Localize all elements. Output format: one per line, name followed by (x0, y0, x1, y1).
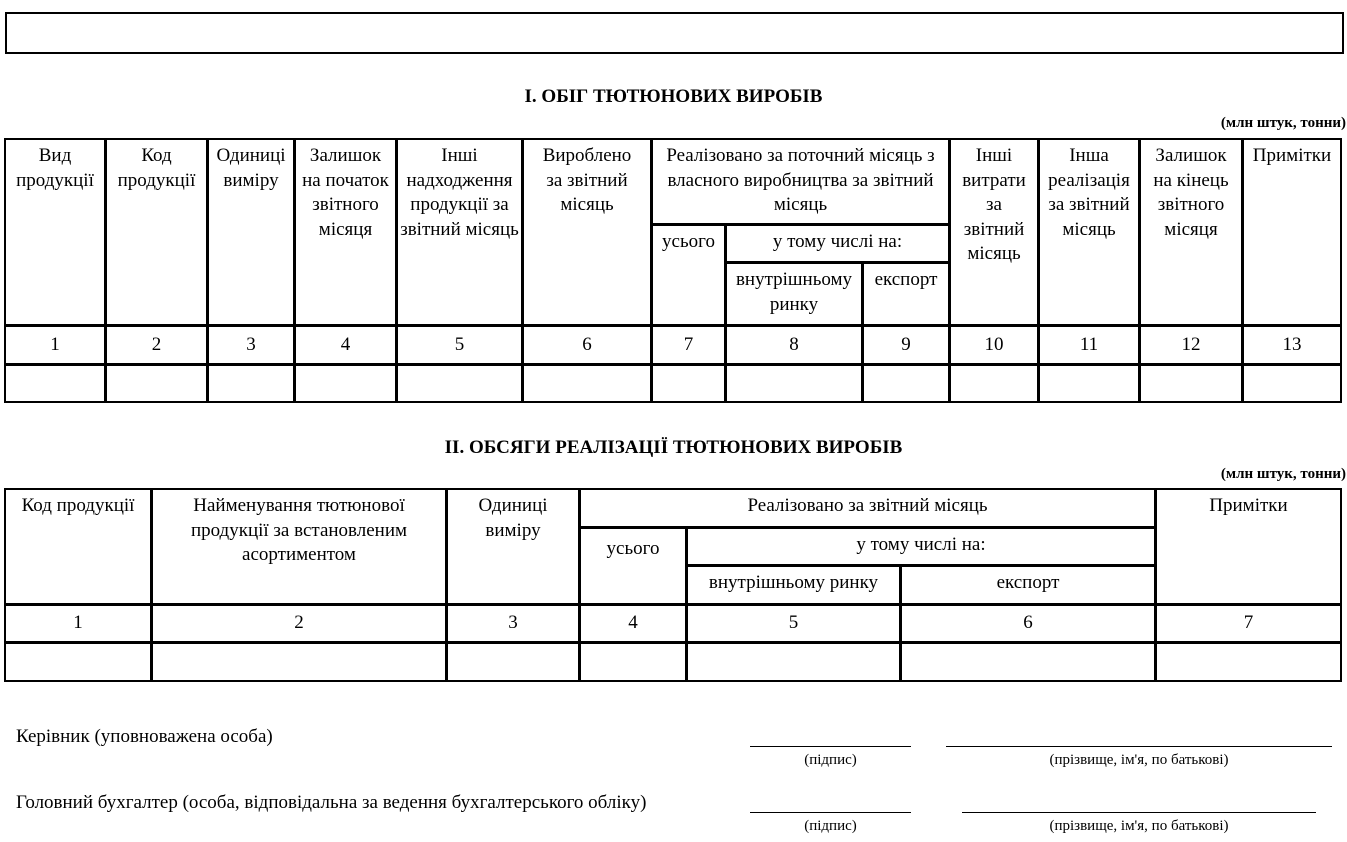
header-including: у тому числі на: (725, 224, 950, 263)
column-number-13: 13 (1242, 325, 1342, 365)
accountant-signature-field[interactable] (750, 812, 911, 813)
data-cell-5[interactable] (396, 364, 523, 403)
column-number-7: 7 (1155, 604, 1342, 643)
column-number-6: 6 (522, 325, 652, 365)
accountant-name-field[interactable] (962, 812, 1316, 813)
header-product-name: Найменування тютюнової продукції за вста… (151, 488, 447, 605)
header-sold-total: усього (579, 527, 687, 605)
header-opening-balance: Залишок на початок звітного місяця (294, 138, 397, 326)
header-sold-group: Реалізовано за звітний місяць (579, 488, 1156, 528)
data-cell-13[interactable] (1242, 364, 1342, 403)
header-product-code: Код продукції (4, 488, 152, 605)
header-export: експорт (862, 262, 950, 326)
data-cell-2[interactable] (151, 642, 447, 682)
header-produced: Вироблено за звітний місяць (522, 138, 652, 326)
header-sold-total: усього (651, 224, 726, 326)
data-cell-9[interactable] (862, 364, 950, 403)
data-cell-6[interactable] (522, 364, 652, 403)
header-blank-field[interactable] (5, 12, 1344, 54)
section1-title: I. ОБІГ ТЮТЮНОВИХ ВИРОБІВ (0, 86, 1347, 108)
header-sold-group: Реалізовано за поточний місяць з власног… (651, 138, 950, 225)
column-number-10: 10 (949, 325, 1039, 365)
header-other-receipts: Інші надходження продукції за звітний мі… (396, 138, 523, 326)
head-signature-field[interactable] (750, 746, 911, 747)
head-signature-caption: (підпис) (750, 752, 911, 769)
head-name-caption: (прізвище, ім'я, по батькові) (946, 752, 1332, 769)
header-notes: Примітки (1242, 138, 1342, 326)
column-number-11: 11 (1038, 325, 1140, 365)
accountant-name-caption: (прізвище, ім'я, по батькові) (946, 818, 1332, 835)
column-number-5: 5 (396, 325, 523, 365)
header-closing-balance: Залишок на кінець звітного місяця (1139, 138, 1243, 326)
header-other-expenses: Інші витрати за звітний місяць (949, 138, 1039, 326)
header-units: Одиниці виміру (207, 138, 295, 326)
header-units: Одиниці виміру (446, 488, 580, 605)
data-cell-12[interactable] (1139, 364, 1243, 403)
data-cell-10[interactable] (949, 364, 1039, 403)
column-number-6: 6 (900, 604, 1156, 643)
section1-units: (млн штук, тонни) (1221, 115, 1346, 132)
header-domestic-market: внутрішньому ринку (686, 565, 901, 605)
data-cell-6[interactable] (900, 642, 1156, 682)
data-cell-1[interactable] (4, 642, 152, 682)
column-number-2: 2 (105, 325, 208, 365)
header-including: у тому числі на: (686, 527, 1156, 566)
accountant-signature-caption: (підпис) (750, 818, 911, 835)
data-cell-5[interactable] (686, 642, 901, 682)
column-number-12: 12 (1139, 325, 1243, 365)
accountant-label: Головний бухгалтер (особа, відповідальна… (16, 791, 706, 815)
column-number-4: 4 (579, 604, 687, 643)
section2-title: II. ОБСЯГИ РЕАЛІЗАЦІЇ ТЮТЮНОВИХ ВИРОБІВ (0, 437, 1347, 459)
column-number-1: 1 (4, 604, 152, 643)
header-product-type: Вид продукції (4, 138, 106, 326)
header-product-code: Код продукції (105, 138, 208, 326)
header-domestic-market: внутрішньому ринку (725, 262, 863, 326)
column-number-1: 1 (4, 325, 106, 365)
head-label: Керівник (уповноважена особа) (16, 726, 273, 748)
data-cell-8[interactable] (725, 364, 863, 403)
header-other-sales: Інша реалізація за звітний місяць (1038, 138, 1140, 326)
column-number-3: 3 (207, 325, 295, 365)
data-cell-7[interactable] (1155, 642, 1342, 682)
column-number-3: 3 (446, 604, 580, 643)
data-cell-11[interactable] (1038, 364, 1140, 403)
data-cell-7[interactable] (651, 364, 726, 403)
data-cell-4[interactable] (294, 364, 397, 403)
data-cell-3[interactable] (446, 642, 580, 682)
data-cell-4[interactable] (579, 642, 687, 682)
data-cell-1[interactable] (4, 364, 106, 403)
data-cell-2[interactable] (105, 364, 208, 403)
column-number-7: 7 (651, 325, 726, 365)
column-number-8: 8 (725, 325, 863, 365)
column-number-4: 4 (294, 325, 397, 365)
head-name-field[interactable] (946, 746, 1332, 747)
header-notes: Примітки (1155, 488, 1342, 605)
column-number-5: 5 (686, 604, 901, 643)
column-number-2: 2 (151, 604, 447, 643)
section2-units: (млн штук, тонни) (1221, 466, 1346, 483)
column-number-9: 9 (862, 325, 950, 365)
header-export: експорт (900, 565, 1156, 605)
data-cell-3[interactable] (207, 364, 295, 403)
